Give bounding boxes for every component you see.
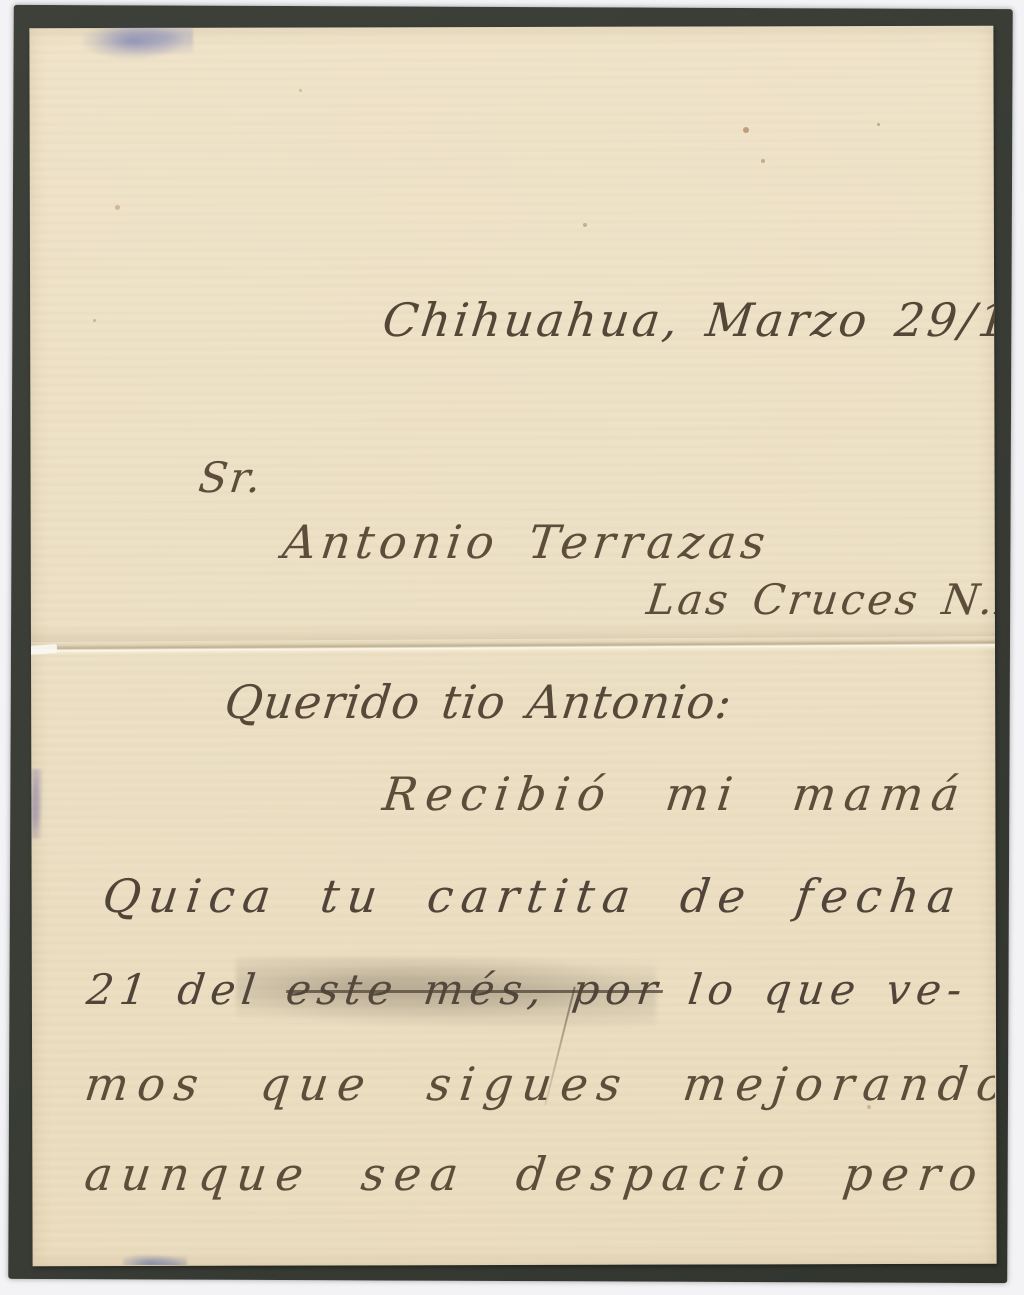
foxing-spot <box>299 89 302 92</box>
foxing-spot <box>93 319 96 322</box>
handwritten-salutation: Querido tio Antonio: <box>222 677 735 728</box>
foxing-spot <box>743 127 749 133</box>
handwritten-addressee-place: Las Cruces N.M. <box>644 577 995 623</box>
handwritten-body-line-5: aunque sea despacio pero <box>82 1149 989 1200</box>
handwritten-body-line-1: Recibió mi mamá <box>380 769 970 820</box>
letter-content-layer: Chihuahua, Marzo 29/18 Sr. Antonio Terra… <box>31 27 995 1265</box>
scanned-letter-page: { "colors": { "scan_background": "#f3f3f… <box>0 0 1024 1295</box>
blue-ink-stain-left <box>31 769 45 839</box>
pencil-smudge-correction <box>236 957 656 1027</box>
blue-ink-stain-bottom <box>123 1253 187 1265</box>
foxing-spot <box>583 223 587 227</box>
handwritten-dateline: Chihuahua, Marzo 29/18 <box>380 295 995 346</box>
handwritten-body-line-4: mos que sigues mejorando <box>82 1059 995 1110</box>
handwritten-addressee-name: Antonio Terrazas <box>280 517 773 568</box>
body-line-3-post: lo que ve- <box>660 965 970 1014</box>
foxing-spot <box>761 159 765 163</box>
handwritten-addressee-prefix: Sr. <box>196 455 265 501</box>
blue-ink-stain-top <box>83 27 193 59</box>
handwritten-body-line-2: Quica tu cartita de fecha <box>100 871 966 922</box>
foxing-spot <box>877 123 880 126</box>
foxing-spot <box>115 205 120 210</box>
